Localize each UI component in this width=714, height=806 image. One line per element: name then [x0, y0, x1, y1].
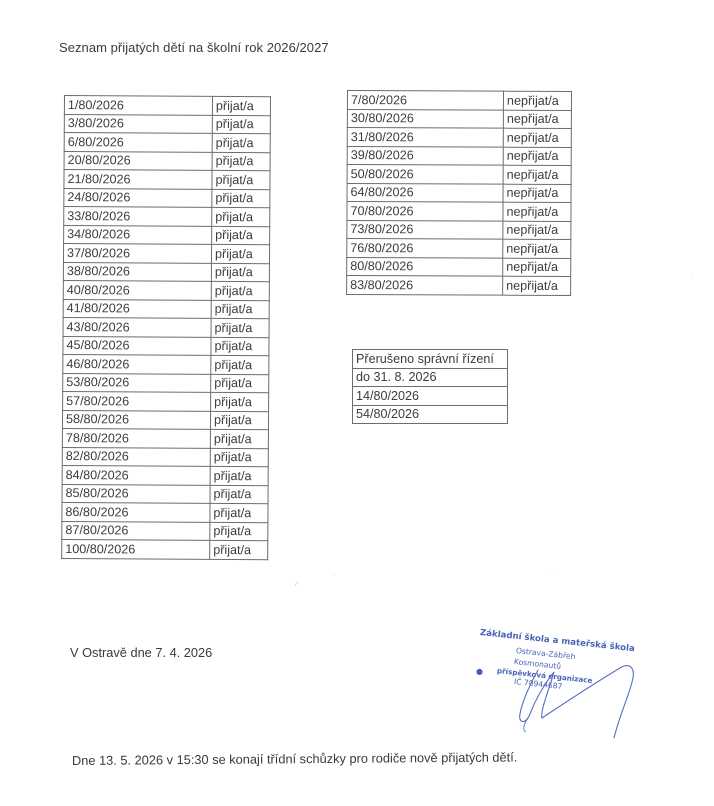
admission-status: přijat/a — [211, 392, 269, 411]
admission-status: nepřijat/a — [503, 147, 571, 166]
application-number: 31/80/2026 — [347, 128, 503, 147]
application-number: 38/80/2026 — [63, 262, 211, 281]
admission-status: přijat/a — [211, 244, 269, 263]
admission-status: přijat/a — [211, 263, 269, 282]
table-row: 84/80/2026přijat/a — [62, 465, 268, 485]
application-number: 84/80/2026 — [62, 465, 210, 484]
table-row: 41/80/2026přijat/a — [63, 299, 269, 319]
application-number: 64/80/2026 — [347, 183, 503, 202]
admission-status: nepřijat/a — [503, 128, 571, 147]
admission-status: nepřijat/a — [503, 239, 571, 258]
rejected-rows: 7/80/2026nepřijat/a30/80/2026nepřijat/a3… — [347, 91, 572, 295]
table-row: 24/80/2026přijat/a — [64, 188, 270, 208]
admission-status: přijat/a — [210, 411, 268, 430]
table-row: 100/80/2026přijat/a — [62, 539, 268, 559]
table-row: 58/80/2026přijat/a — [62, 410, 268, 430]
application-number: 33/80/2026 — [64, 207, 212, 226]
table-row: 46/80/2026přijat/a — [63, 354, 269, 374]
admitted-rows: 1/80/2026přijat/a3/80/2026přijat/a6/80/2… — [62, 96, 271, 560]
interrupted-number: 54/80/2026 — [353, 405, 508, 424]
application-number: 50/80/2026 — [347, 165, 503, 184]
interrupted-number: 14/80/2026 — [353, 387, 508, 406]
admission-status: nepřijat/a — [503, 202, 571, 221]
application-number: 43/80/2026 — [63, 317, 211, 336]
table-row: 70/80/2026nepřijat/a — [347, 202, 571, 221]
admission-status: přijat/a — [212, 152, 270, 171]
application-number: 39/80/2026 — [347, 146, 503, 165]
table-row: 87/80/2026přijat/a — [62, 521, 268, 541]
admission-status: přijat/a — [211, 281, 269, 300]
admission-status: nepřijat/a — [503, 165, 571, 184]
table-row: 43/80/2026přijat/a — [63, 317, 269, 337]
table-row: 30/80/2026nepřijat/a — [347, 109, 571, 128]
application-number: 1/80/2026 — [64, 96, 212, 115]
admission-status: přijat/a — [212, 133, 270, 152]
application-number: 86/80/2026 — [62, 502, 210, 521]
application-number: 80/80/2026 — [347, 257, 503, 276]
table-row: 39/80/2026nepřijat/a — [347, 146, 571, 165]
admission-status: přijat/a — [211, 374, 269, 393]
application-number: 83/80/2026 — [347, 276, 503, 295]
admission-status: přijat/a — [210, 485, 268, 504]
application-number: 76/80/2026 — [347, 239, 503, 258]
table-row: 53/80/2026přijat/a — [63, 373, 269, 393]
parent-meeting-note: Dne 13. 5. 2026 v 15:30 se konají třídní… — [72, 750, 517, 768]
admission-status: přijat/a — [210, 448, 268, 467]
scan-speck: · — [333, 572, 335, 579]
application-number: 20/80/2026 — [64, 151, 212, 170]
application-number: 78/80/2026 — [62, 428, 210, 447]
application-number: 100/80/2026 — [62, 539, 210, 558]
application-number: 21/80/2026 — [64, 170, 212, 189]
table-row: 86/80/2026přijat/a — [62, 502, 268, 522]
application-number: 30/80/2026 — [347, 109, 503, 128]
admission-status: nepřijat/a — [503, 258, 571, 277]
table-row: 34/80/2026přijat/a — [64, 225, 270, 245]
admission-status: přijat/a — [212, 96, 270, 115]
admission-status: přijat/a — [211, 355, 269, 374]
table-row: 64/80/2026nepřijat/a — [347, 183, 571, 202]
table-row: 31/80/2026nepřijat/a — [347, 128, 571, 147]
table-row: 3/80/2026přijat/a — [64, 114, 270, 134]
application-number: 82/80/2026 — [62, 447, 210, 466]
stamp-logo-icon: ● — [476, 667, 483, 676]
table-row: 1/80/2026přijat/a — [64, 96, 270, 116]
admission-status: přijat/a — [211, 300, 269, 319]
admission-status: přijat/a — [210, 522, 268, 541]
table-row: 45/80/2026přijat/a — [63, 336, 269, 356]
table-row: 14/80/2026 — [353, 387, 508, 406]
application-number: 3/80/2026 — [64, 114, 212, 133]
application-number: 37/80/2026 — [63, 244, 211, 263]
admission-status: nepřijat/a — [503, 276, 571, 295]
scan-speck: ⁄· — [296, 581, 300, 588]
place-and-date: V Ostravě dne 7. 4. 2026 — [70, 645, 212, 660]
application-number: 24/80/2026 — [64, 188, 212, 207]
table-row: 20/80/2026přijat/a — [64, 151, 270, 171]
application-number: 6/80/2026 — [64, 133, 212, 152]
table-row: 85/80/2026přijat/a — [62, 484, 268, 504]
table-row: 50/80/2026nepřijat/a — [347, 165, 571, 184]
table-row: 82/80/2026přijat/a — [62, 447, 268, 467]
table-row: do 31. 8. 2026 — [353, 368, 508, 387]
application-number: 85/80/2026 — [62, 484, 210, 503]
page-title: Seznam přijatých dětí na školní rok 2026… — [59, 40, 329, 55]
application-number: 58/80/2026 — [62, 410, 210, 429]
scan-speck: · — [690, 273, 692, 280]
admission-status: nepřijat/a — [503, 184, 571, 203]
application-number: 34/80/2026 — [64, 225, 212, 244]
application-number: 40/80/2026 — [63, 280, 211, 299]
application-number: 70/80/2026 — [347, 202, 503, 221]
admission-status: přijat/a — [210, 540, 268, 559]
table-row: 78/80/2026přijat/a — [62, 428, 268, 448]
admission-status: přijat/a — [210, 429, 268, 448]
table-row: 80/80/2026nepřijat/a — [347, 257, 571, 276]
admission-status: nepřijat/a — [503, 110, 571, 129]
admission-status: přijat/a — [212, 189, 270, 208]
table-row: 33/80/2026přijat/a — [64, 207, 270, 227]
rejected-children-table: 7/80/2026nepřijat/a30/80/2026nepřijat/a3… — [346, 90, 572, 295]
interrupted-deadline: do 31. 8. 2026 — [353, 368, 508, 387]
table-row: 76/80/2026nepřijat/a — [347, 239, 571, 258]
application-number: 73/80/2026 — [347, 220, 503, 239]
admission-status: přijat/a — [210, 466, 268, 485]
admission-status: přijat/a — [211, 337, 269, 356]
admission-status: přijat/a — [212, 226, 270, 245]
table-row: 54/80/2026 — [353, 405, 508, 424]
table-row: Přerušeno správní řízení — [353, 350, 508, 369]
school-stamp: ● Základní škola a mateřská škola Ostrav… — [470, 622, 650, 742]
application-number: 45/80/2026 — [63, 336, 211, 355]
application-number: 41/80/2026 — [63, 299, 211, 318]
table-row: 21/80/2026přijat/a — [64, 170, 270, 190]
interrupted-proceedings-table: Přerušeno správní řízení do 31. 8. 2026 … — [352, 349, 508, 424]
admission-status: přijat/a — [212, 207, 270, 226]
admission-status: nepřijat/a — [503, 221, 571, 240]
admitted-children-table: 1/80/2026přijat/a3/80/2026přijat/a6/80/2… — [61, 95, 271, 560]
admission-status: přijat/a — [211, 318, 269, 337]
table-row: 6/80/2026přijat/a — [64, 133, 270, 153]
table-row: 37/80/2026přijat/a — [63, 244, 269, 264]
application-number: 46/80/2026 — [63, 354, 211, 373]
application-number: 87/80/2026 — [62, 521, 210, 540]
application-number: 57/80/2026 — [63, 391, 211, 410]
admission-status: přijat/a — [210, 503, 268, 522]
table-row: 7/80/2026nepřijat/a — [347, 91, 571, 110]
interrupted-heading: Přerušeno správní řízení — [353, 350, 508, 369]
scan-speck: · — [551, 571, 553, 578]
admission-status: přijat/a — [212, 170, 270, 189]
table-row: 73/80/2026nepřijat/a — [347, 220, 571, 239]
admission-status: nepřijat/a — [503, 91, 571, 110]
table-row: 83/80/2026nepřijat/a — [347, 276, 571, 295]
admission-status: přijat/a — [212, 115, 270, 134]
table-row: 40/80/2026přijat/a — [63, 280, 269, 300]
table-row: 57/80/2026přijat/a — [63, 391, 269, 411]
table-row: 38/80/2026přijat/a — [63, 262, 269, 282]
application-number: 53/80/2026 — [63, 373, 211, 392]
application-number: 7/80/2026 — [347, 91, 503, 110]
